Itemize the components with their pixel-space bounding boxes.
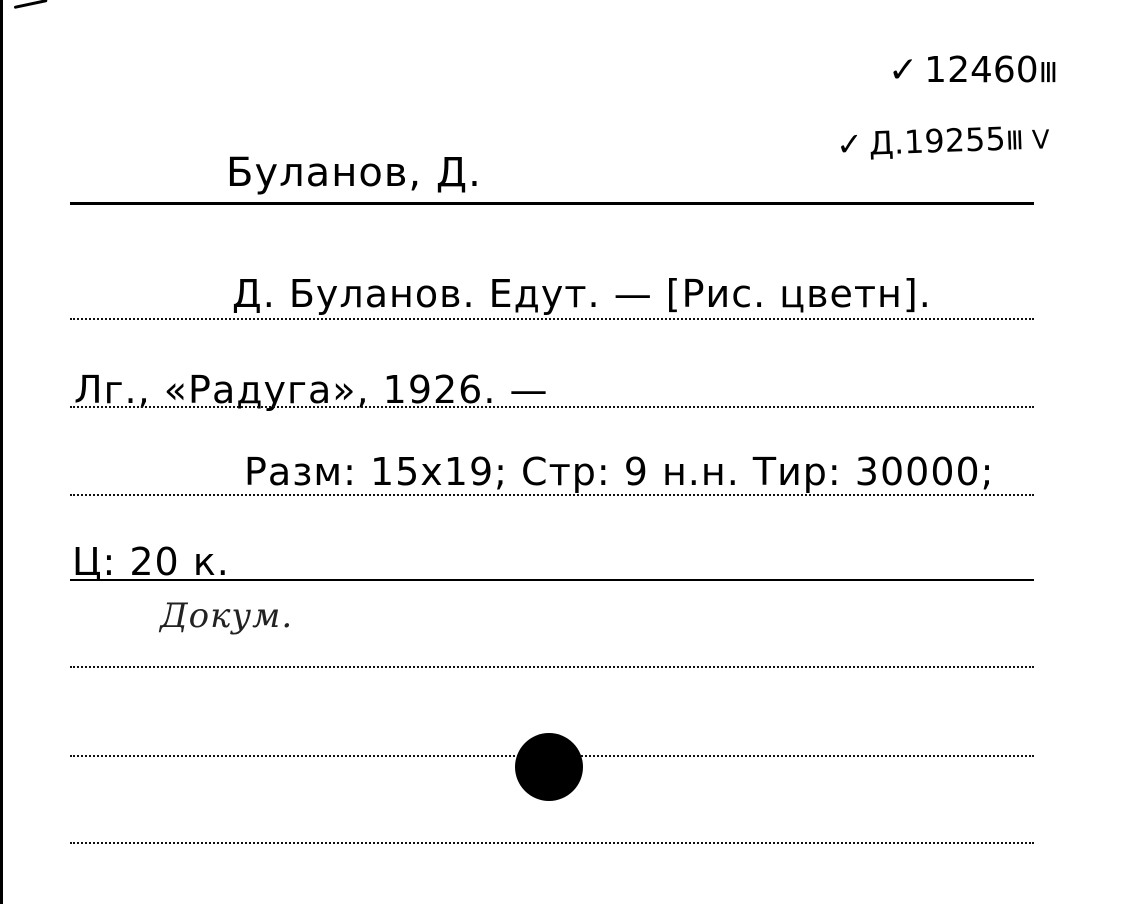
accession-number-2: ✓Д.19255Ⅲ V: [835, 118, 1050, 163]
handwritten-note: Докум.: [160, 596, 293, 636]
dotted-rule-1: [70, 318, 1034, 320]
accession-number-1: ✓12460Ⅲ: [888, 50, 1058, 91]
catalog-card: ✓12460Ⅲ ✓Д.19255Ⅲ V Буланов, Д. Д. Булан…: [0, 0, 1136, 904]
punch-hole: [515, 733, 583, 801]
entry-line-3: Разм: 15x19; Стр: 9 н.н. Тир: 30000;: [244, 450, 995, 494]
accession-number-2-text: Д.19255: [868, 120, 1006, 163]
dotted-rule-7: [70, 842, 1034, 844]
checkmark-icon: ✓: [835, 125, 863, 164]
card-left-edge: [0, 0, 3, 904]
author-heading: Буланов, Д.: [226, 150, 482, 196]
accession-mark-1: Ⅲ: [1039, 56, 1058, 89]
heading-rule: [70, 202, 1034, 205]
entry-rule-4: [70, 579, 1034, 581]
accession-number-1-text: 12460: [924, 50, 1039, 91]
accession-mark-2: Ⅲ V: [1005, 125, 1050, 157]
entry-line-4: Ц: 20 к.: [72, 540, 230, 584]
corner-mark: [14, 0, 48, 9]
dotted-rule-3: [70, 494, 1034, 496]
dotted-rule-5: [70, 666, 1034, 668]
checkmark-icon: ✓: [888, 50, 918, 91]
entry-line-1: Д. Буланов. Едут. — [Рис. цветн].: [232, 272, 932, 316]
dotted-rule-2: [70, 406, 1034, 408]
